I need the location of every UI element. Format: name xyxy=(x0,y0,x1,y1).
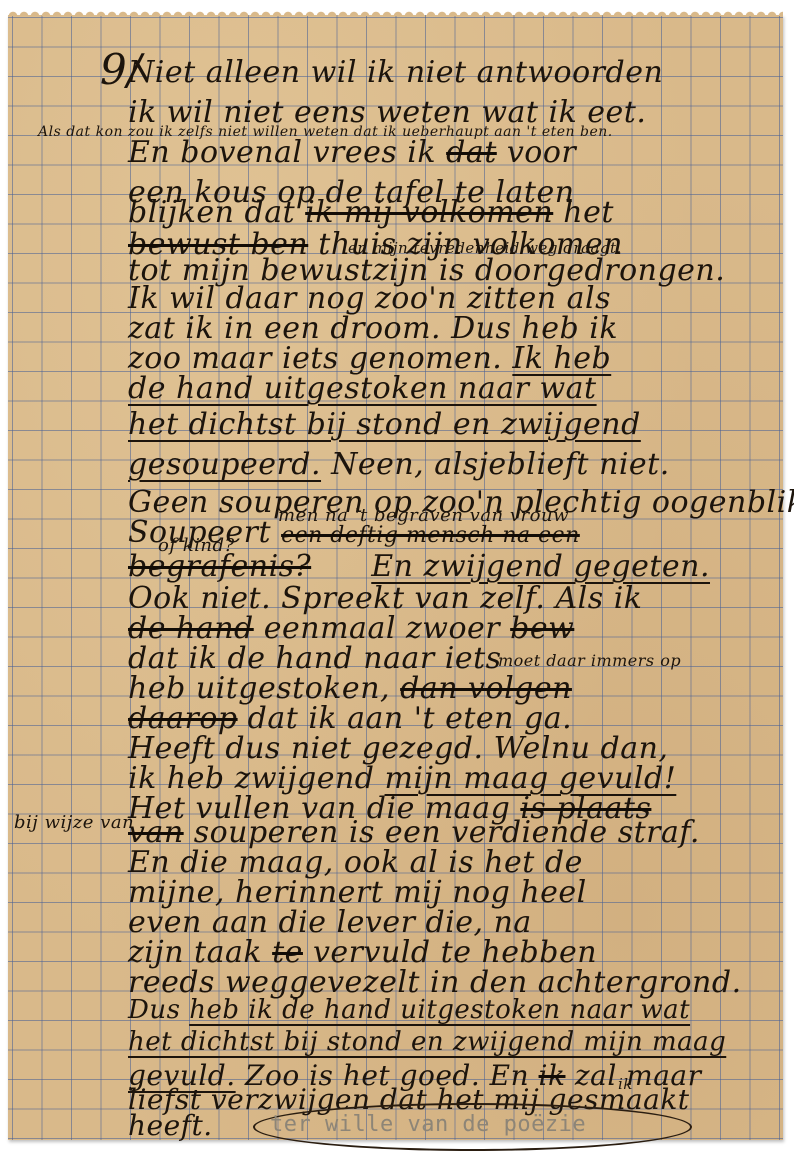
line-3: En bovenal vrees ik dat voor xyxy=(128,135,576,170)
line-13: gesoupeerd. Neen, alsjeblieft niet. xyxy=(128,447,670,482)
line-16: begrafenis? En zwijgend gegeten. xyxy=(128,549,710,584)
line-12: het dichtst bij stond en zwijgend xyxy=(128,407,641,442)
pencil-annotation: ter wille van de poëzie xyxy=(270,1112,586,1137)
line-11: de hand uitgestoken naar wat xyxy=(128,371,597,406)
insertion-line-20: moet daar immers op xyxy=(498,651,681,670)
line-35: heeft. xyxy=(128,1109,213,1142)
line-5: blijken dat ik mij volkomen het xyxy=(128,195,614,230)
line-32: het dichtst bij stond en zwijgend mijn m… xyxy=(128,1027,726,1057)
manuscript-page: 9/ Niet alleen wil ik niet antwoorden ik… xyxy=(8,15,783,1140)
margin-insertion-line-25: bij wijze van xyxy=(14,812,134,833)
line-1: Niet alleen wil ik niet antwoorden xyxy=(128,55,663,90)
line-31: Dus heb ik de hand uitgestoken naar wat xyxy=(128,995,690,1025)
